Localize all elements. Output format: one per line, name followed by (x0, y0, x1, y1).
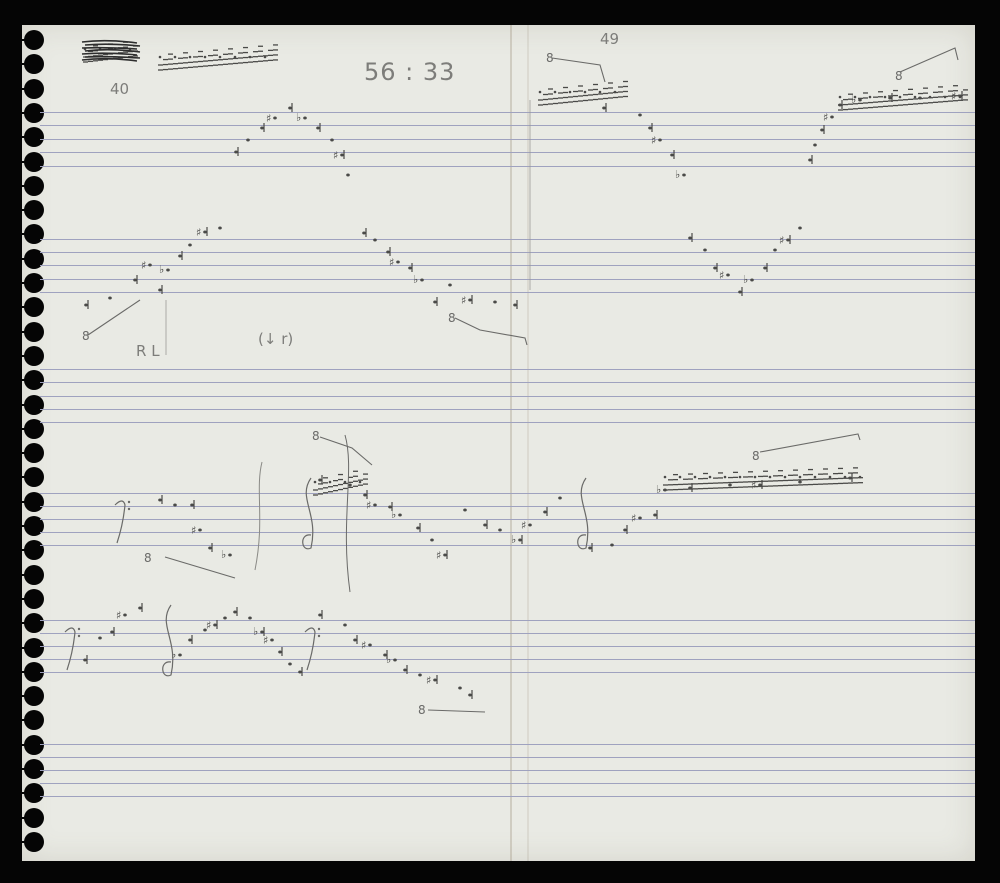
note-head (84, 304, 88, 307)
note-head (798, 227, 802, 230)
cluster-dot (249, 56, 252, 59)
cluster-dot (174, 56, 177, 59)
cluster-dot (584, 91, 587, 94)
note-head (670, 154, 674, 157)
accidental-sharp: ♯ (389, 256, 394, 269)
cluster-dot (694, 476, 697, 479)
cluster-dot (869, 96, 872, 99)
cluster-dot (769, 476, 772, 479)
bracketed-marking: (↓ r) (258, 330, 293, 348)
cluster-dot (844, 476, 847, 479)
treble-clef-icon (163, 605, 173, 676)
note-head (260, 127, 264, 130)
accidental-sharp: ♯ (361, 639, 366, 652)
bass-clef-dot (78, 635, 80, 637)
bass-clef-icon (115, 501, 125, 543)
cluster-dot (814, 476, 817, 479)
note-head (234, 151, 238, 154)
note-head (166, 269, 170, 272)
note-head (786, 239, 790, 242)
note-head (602, 107, 606, 110)
note-head (588, 547, 592, 550)
note-head (188, 244, 192, 247)
note-head (348, 484, 352, 487)
cluster-dot (539, 91, 542, 94)
note-head (558, 497, 562, 500)
note-head (820, 129, 824, 132)
note-head (362, 232, 366, 235)
note-head (433, 679, 437, 682)
octave-mark: 8 (144, 551, 152, 565)
cluster-dot (884, 96, 887, 99)
accidental-flat: ♭ (656, 483, 661, 496)
octave-mark: 8 (895, 69, 903, 83)
note-head (316, 127, 320, 130)
note-head (343, 624, 347, 627)
cluster-dot (929, 96, 932, 99)
cluster-dot (739, 476, 742, 479)
note-head (288, 663, 292, 666)
cluster-dot (709, 476, 712, 479)
note-head (363, 494, 367, 497)
cluster-dot (554, 91, 557, 94)
note-head (798, 481, 802, 484)
accidental-flat: ♭ (386, 653, 391, 666)
note-head (713, 267, 717, 270)
note-head (830, 116, 834, 119)
cluster-dot (219, 56, 222, 59)
cluster-dot (189, 56, 192, 59)
note-head (808, 159, 812, 162)
note-head (416, 527, 420, 530)
treble-clef-icon (303, 478, 313, 549)
note-head (813, 144, 817, 147)
system-bracket-right (345, 435, 350, 592)
accidental-sharp: ♯ (196, 226, 201, 239)
scribble-stroke (82, 59, 137, 61)
note-head (158, 499, 162, 502)
note-head (288, 107, 292, 110)
cluster-dot (899, 96, 902, 99)
note-head (403, 669, 407, 672)
accidental-sharp: ♯ (206, 619, 211, 632)
octave-bracket-line (455, 318, 527, 345)
octave-bracket-line (88, 300, 140, 335)
octave-bracket-line (552, 58, 605, 82)
note-head (340, 154, 344, 157)
system-bracket-left (255, 462, 262, 570)
note-head (133, 279, 137, 282)
note-head (203, 231, 207, 234)
octave-mark: 8 (448, 311, 456, 325)
note-head (148, 264, 152, 267)
bass-clef-dot (318, 628, 320, 630)
note-head (318, 479, 322, 482)
note-head (483, 524, 487, 527)
note-head (888, 97, 892, 100)
note-head (248, 617, 252, 620)
note-head (246, 139, 250, 142)
cluster-dot (799, 476, 802, 479)
note-head (208, 547, 212, 550)
accidental-sharp: ♯ (631, 512, 636, 525)
bass-clef-dot (78, 628, 80, 630)
accidental-sharp: ♯ (366, 499, 371, 512)
note-head (213, 624, 217, 627)
octave-bracket-line (760, 434, 860, 452)
cluster-dot (664, 476, 667, 479)
note-head (303, 117, 307, 120)
note-head (408, 267, 412, 270)
note-head (373, 239, 377, 242)
cluster-dot (204, 56, 207, 59)
cluster-dot (854, 96, 857, 99)
note-head (420, 279, 424, 282)
accidental-flat: ♭ (413, 273, 418, 286)
note-head (373, 504, 377, 507)
note-head (123, 614, 127, 617)
note-head (468, 694, 472, 697)
note-head (773, 249, 777, 252)
cluster-dot (839, 96, 842, 99)
note-head (518, 539, 522, 542)
note-head (468, 299, 472, 302)
note-head (353, 639, 357, 642)
note-head (728, 484, 732, 487)
note-head (298, 671, 302, 674)
cluster-dot (859, 476, 862, 479)
cluster-dot (159, 56, 162, 59)
note-head (398, 514, 402, 517)
ratio-annotation: 56 : 33 (364, 58, 455, 86)
note-head (178, 255, 182, 258)
scribble-stroke (85, 57, 140, 58)
note-head (198, 529, 202, 532)
accidental-sharp: ♯ (461, 294, 466, 307)
treble-clef-icon (578, 478, 588, 549)
cluster-dot (754, 476, 757, 479)
octave-mark: 8 (312, 429, 320, 443)
bass-clef-dot (128, 508, 130, 510)
note-head (682, 174, 686, 177)
bass-clef-icon (305, 628, 315, 670)
cluster-dot (959, 96, 962, 99)
note-head (543, 511, 547, 514)
note-head (726, 274, 730, 277)
cluster-dot (914, 96, 917, 99)
accidental-sharp: ♯ (141, 259, 146, 272)
note-head (108, 297, 112, 300)
accidental-flat: ♭ (221, 548, 226, 561)
bass-clef-icon (65, 628, 75, 670)
accidental-flat: ♭ (159, 263, 164, 276)
accidental-sharp: ♯ (651, 134, 656, 147)
measure-number-right: 49 (600, 30, 619, 48)
note-head (638, 517, 642, 520)
octave-mark: 8 (752, 449, 760, 463)
note-head (386, 251, 390, 254)
note-head (688, 237, 692, 240)
note-head (463, 509, 467, 512)
accidental-flat: ♭ (675, 168, 680, 181)
accidental-sharp: ♯ (521, 519, 526, 532)
note-head (223, 617, 227, 620)
note-head (396, 261, 400, 264)
octave-mark: 8 (82, 329, 90, 343)
note-head (623, 529, 627, 532)
note-head (393, 659, 397, 662)
accidental-flat: ♭ (743, 273, 748, 286)
accidental-flat: ♭ (253, 625, 258, 638)
scribble-stroke (85, 50, 140, 52)
cluster-dot (614, 91, 617, 94)
accidental-sharp: ♯ (719, 269, 724, 282)
note-head (653, 514, 657, 517)
accidental-sharp: ♯ (333, 149, 338, 162)
octave-mark: 8 (418, 703, 426, 717)
note-head (158, 289, 162, 292)
octave-mark: 8 (546, 51, 554, 65)
note-head (738, 291, 742, 294)
cluster-dot (724, 476, 727, 479)
cluster-dot (569, 91, 572, 94)
cluster-dot (599, 91, 602, 94)
bass-clef-dot (128, 501, 130, 503)
note-head (430, 539, 434, 542)
note-head (330, 139, 334, 142)
note-head (528, 524, 532, 527)
note-head (270, 639, 274, 642)
cluster-dot (344, 481, 347, 484)
note-head (188, 639, 192, 642)
measure-number-left: 40 (110, 80, 129, 98)
cluster-dot (829, 476, 832, 479)
note-head (638, 114, 642, 117)
note-head (273, 117, 277, 120)
accidental-flat: ♭ (391, 508, 396, 521)
note-head (190, 504, 194, 507)
scribble-stroke (82, 41, 137, 43)
direction-arrows-annotation: R L (136, 342, 160, 360)
octave-bracket-line (428, 710, 485, 712)
note-head (233, 611, 237, 614)
note-head (648, 127, 652, 130)
note-head (368, 644, 372, 647)
cluster-dot (679, 476, 682, 479)
accidental-sharp: ♯ (116, 609, 121, 622)
note-head (448, 284, 452, 287)
note-head (703, 249, 707, 252)
accidental-flat: ♭ (296, 111, 301, 124)
cluster-dot (784, 476, 787, 479)
accidental-sharp: ♯ (426, 674, 431, 687)
accidental-sharp: ♯ (823, 111, 828, 124)
accidental-flat: ♭ (511, 533, 516, 546)
note-head (346, 174, 350, 177)
cluster-dot (329, 481, 332, 484)
note-head (178, 654, 182, 657)
note-head (278, 651, 282, 654)
cluster-dot (314, 481, 317, 484)
note-head (610, 544, 614, 547)
note-head (498, 529, 502, 532)
note-head (228, 554, 232, 557)
octave-bracket-line (900, 48, 958, 72)
note-head (418, 674, 422, 677)
note-head (658, 139, 662, 142)
note-head (173, 504, 177, 507)
note-head (98, 637, 102, 640)
cluster-dot (264, 56, 267, 59)
handwritten-notation: ♯♭♯♯♭♯♭♯♯♭♯♯♭♯♯♭♯♯♭♯♭♯♭♯♯♭♯♯♭♯♭♯♯♭♯88888… (0, 0, 1000, 883)
note-head (750, 279, 754, 282)
bass-clef-dot (318, 635, 320, 637)
note-head (763, 267, 767, 270)
note-head (458, 687, 462, 690)
note-head (318, 614, 322, 617)
note-head (493, 301, 497, 304)
note-head (218, 227, 222, 230)
note-head (110, 631, 114, 634)
accidental-sharp: ♯ (266, 112, 271, 125)
accidental-sharp: ♯ (779, 234, 784, 247)
cluster-dot (359, 481, 362, 484)
accidental-sharp: ♯ (191, 524, 196, 537)
note-head (513, 304, 517, 307)
note-head (443, 554, 447, 557)
accidental-sharp: ♯ (751, 479, 756, 492)
cluster-dot (234, 56, 237, 59)
accidental-sharp: ♯ (263, 634, 268, 647)
note-head (433, 301, 437, 304)
cluster-dot (944, 96, 947, 99)
note-head (138, 607, 142, 610)
note-head (83, 659, 87, 662)
accidental-sharp: ♯ (436, 549, 441, 562)
